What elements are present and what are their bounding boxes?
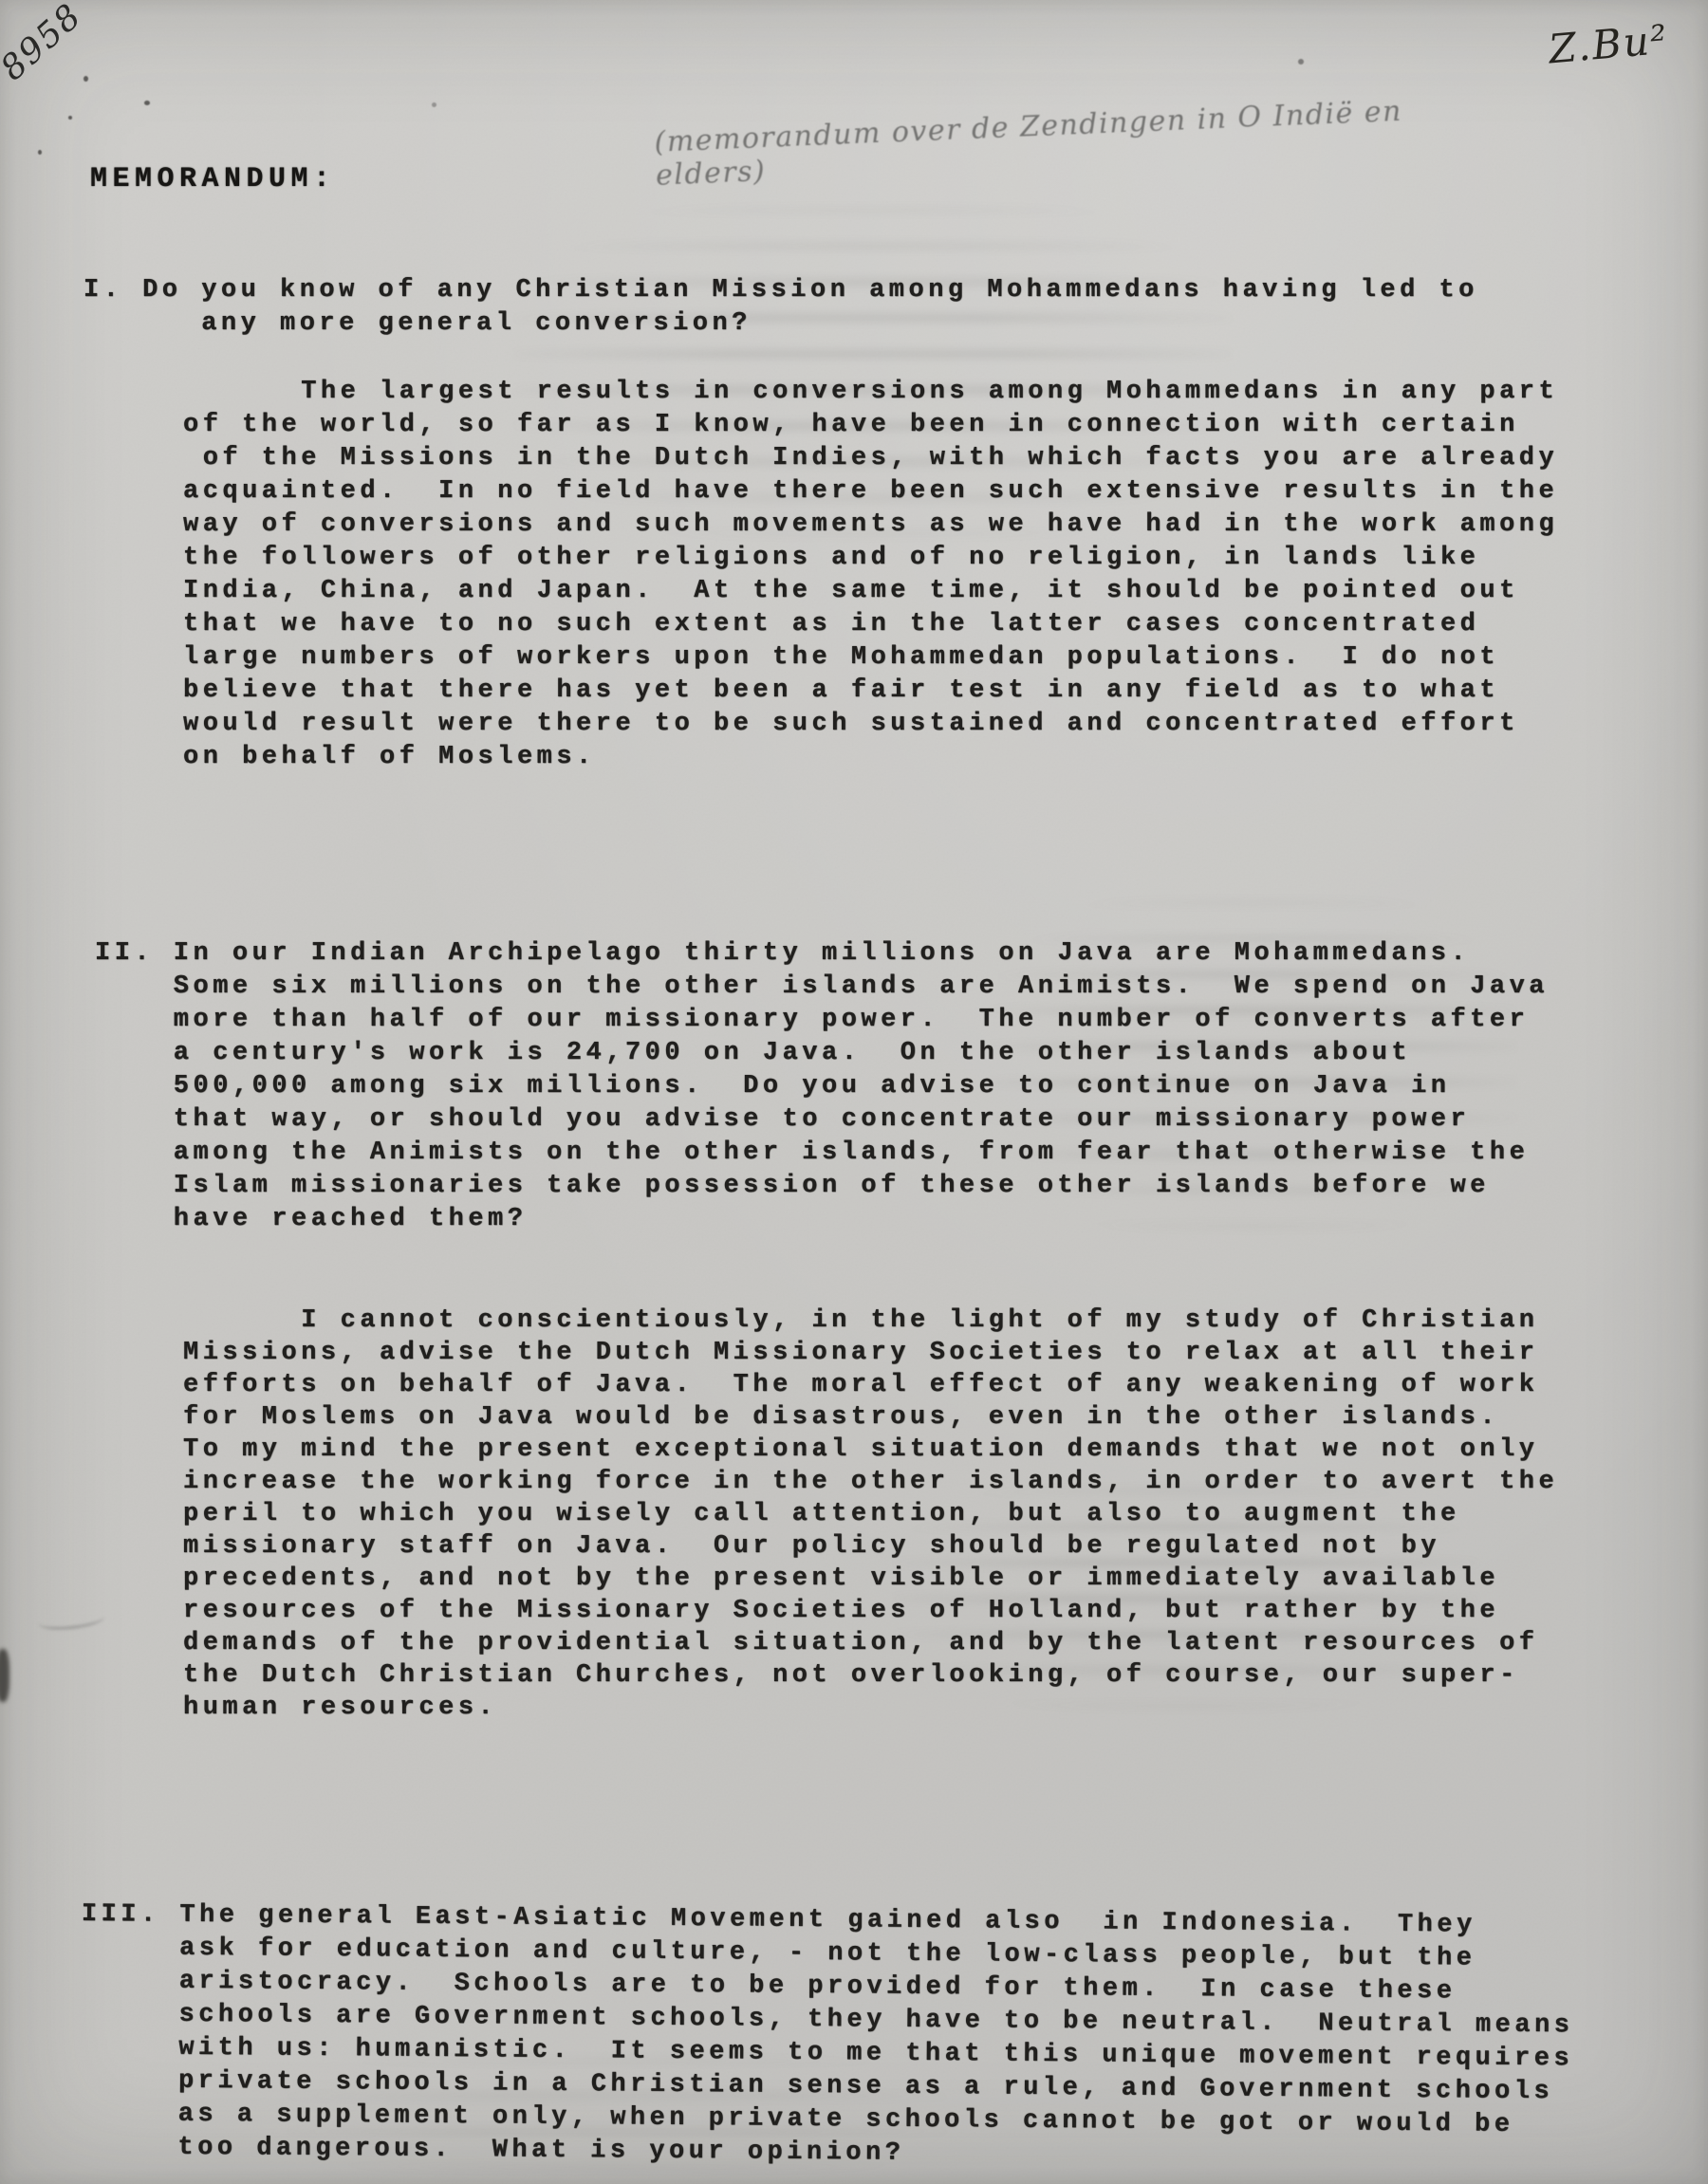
ink-speck	[38, 150, 42, 155]
ink-speck	[68, 116, 72, 120]
section-1-answer: The largest results in conversions among…	[183, 376, 1558, 774]
ink-speck	[84, 76, 88, 82]
faint-pencil-mark	[37, 1607, 105, 1632]
edge-smudge	[0, 1649, 9, 1702]
section-1-question: I. Do you know of any Christian Mission …	[84, 274, 1478, 341]
section-2-answer: I cannot conscientiously, in the light o…	[183, 1305, 1558, 1724]
handwritten-pencil-note: (memorandum over de Zendingen in O Indië…	[654, 94, 1415, 192]
ink-speck	[144, 101, 150, 105]
handwritten-shelf-code: Z.Bu²	[1547, 16, 1670, 73]
ink-speck	[1298, 59, 1304, 65]
ink-speck	[432, 102, 436, 107]
memorandum-heading: MEMORANDUM:	[90, 163, 336, 195]
section-2-question: II. In our Indian Archipelago thirty mil…	[95, 937, 1549, 1236]
scanned-memorandum-page: 8958 Z.Bu² (memorandum over de Zendingen…	[0, 0, 1708, 2184]
handwritten-archive-number: 8958	[0, 0, 90, 88]
section-3-question: III. The general East-Asiatic Movement g…	[80, 1898, 1575, 2175]
